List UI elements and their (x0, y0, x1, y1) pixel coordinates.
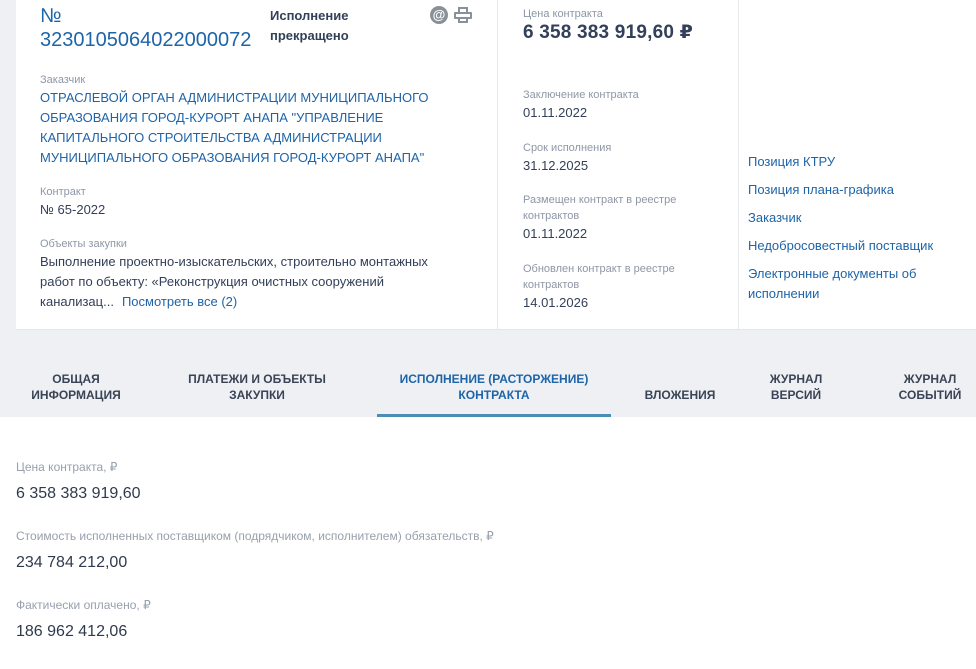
view-all-link[interactable]: Посмотреть все (2) (122, 294, 237, 309)
contract-price-field: Цена контракта, ₽ 6 358 383 919,60 (16, 459, 141, 505)
objects-block: Объекты закупки Выполнение проектно-изыс… (40, 236, 460, 312)
registry-number-prefix: № (40, 4, 260, 28)
tab-label-line: Вложения (645, 387, 716, 403)
contract-price-label: Цена контракта, ₽ (16, 459, 141, 475)
placed-date-value: 01.11.2022 (523, 224, 723, 244)
registry-number[interactable]: № 3230105064022000072 (40, 4, 260, 52)
tab-events-log[interactable]: Журналсобытий (884, 371, 976, 417)
tab-payments-objects[interactable]: Платежи и объектызакупки (166, 371, 348, 417)
contract-price-value: 6 358 383 919,60 (16, 483, 141, 505)
execution-term-label: Срок исполнения (523, 140, 723, 156)
tab-label-line: Платежи и объекты (188, 371, 326, 387)
unfair-supplier-link[interactable]: Недобросовестный поставщик (748, 236, 968, 256)
tab-bar: Общаяинформация Платежи и объектызакупки… (0, 331, 976, 417)
conclusion-date-item: Заключение контракта 01.11.2022 (523, 87, 723, 123)
execution-content: Цена контракта, ₽ 6 358 383 919,60 Стоим… (0, 417, 976, 669)
related-links: Позиция КТРУ Позиция плана-графика Заказ… (748, 152, 968, 312)
tab-attachments[interactable]: Вложения (630, 371, 730, 417)
tab-versions-log[interactable]: Журналверсий (750, 371, 842, 417)
print-icon[interactable] (454, 6, 472, 24)
tab-general-info[interactable]: Общаяинформация (16, 371, 136, 417)
contract-label: Контракт (40, 184, 105, 200)
tab-label-line: информация (31, 387, 120, 403)
price-label: Цена контракта (523, 6, 723, 22)
conclusion-date-label: Заключение контракта (523, 87, 723, 103)
conclusion-date-value: 01.11.2022 (523, 103, 723, 123)
related-links-column: Позиция КТРУ Позиция плана-графика Заказ… (740, 0, 976, 330)
fulfilled-obligations-label: Стоимость исполненных поставщиком (подря… (16, 528, 494, 544)
fulfilled-obligations-field: Стоимость исполненных поставщиком (подря… (16, 528, 494, 574)
customer-link[interactable]: Заказчик (748, 208, 968, 228)
email-icon[interactable]: @ (430, 6, 448, 24)
tab-label-line: Журнал (770, 371, 823, 387)
updated-date-label: Обновлен контракт в реестре контрактов (523, 261, 693, 293)
tab-label-line: Исполнение (расторжение) (400, 371, 589, 387)
updated-date-value: 14.01.2026 (523, 293, 723, 313)
placed-date-label: Размещен контракт в реестре контрактов (523, 192, 693, 224)
tab-label-line: Журнал (899, 371, 962, 387)
ktru-position-link[interactable]: Позиция КТРУ (748, 152, 968, 172)
plan-schedule-position-link[interactable]: Позиция плана-графика (748, 180, 968, 200)
tab-label-line: версий (770, 387, 823, 403)
price-item: Цена контракта 6 358 383 919,60 ₽ (523, 6, 723, 44)
electronic-documents-link[interactable]: Электронные документы об исполнении (748, 264, 968, 304)
customer-label: Заказчик (40, 72, 460, 88)
updated-date-item: Обновлен контракт в реестре контрактов 1… (523, 261, 723, 313)
tab-execution[interactable]: Исполнение (расторжение)контракта (377, 371, 611, 417)
actually-paid-value: 186 962 412,06 (16, 621, 151, 643)
tab-label-line: событий (899, 387, 962, 403)
objects-label: Объекты закупки (40, 236, 460, 252)
execution-term-value: 31.12.2025 (523, 156, 723, 176)
contract-main-column: № 3230105064022000072 Исполнение прекращ… (40, 0, 496, 330)
contract-number: № 65-2022 (40, 200, 105, 220)
registry-number-value: 3230105064022000072 (40, 28, 260, 52)
customer-block: Заказчик ОТРАСЛЕВОЙ ОРГАН АДМИНИСТРАЦИИ … (40, 72, 460, 168)
price-value: 6 358 383 919,60 ₽ (523, 22, 723, 44)
action-icons: @ (430, 6, 472, 24)
placed-date-item: Размещен контракт в реестре контрактов 0… (523, 192, 723, 244)
execution-term-item: Срок исполнения 31.12.2025 (523, 140, 723, 176)
contract-summary-card: № 3230105064022000072 Исполнение прекращ… (16, 0, 976, 330)
contract-block: Контракт № 65-2022 (40, 184, 105, 220)
tab-label-line: Общая (31, 371, 120, 387)
customer-link[interactable]: ОТРАСЛЕВОЙ ОРГАН АДМИНИСТРАЦИИ МУНИЦИПАЛ… (40, 88, 460, 168)
contract-dates-column: Цена контракта 6 358 383 919,60 ₽ Заключ… (497, 0, 739, 330)
fulfilled-obligations-value: 234 784 212,00 (16, 552, 494, 574)
actually-paid-field: Фактически оплачено, ₽ 186 962 412,06 (16, 597, 151, 643)
tab-label-line: контракта (400, 387, 589, 403)
tab-label-line: закупки (188, 387, 326, 403)
status-badge: Исполнение прекращено (270, 6, 420, 46)
actually-paid-label: Фактически оплачено, ₽ (16, 597, 151, 613)
objects-description: Выполнение проектно-изыскательских, стро… (40, 252, 460, 312)
